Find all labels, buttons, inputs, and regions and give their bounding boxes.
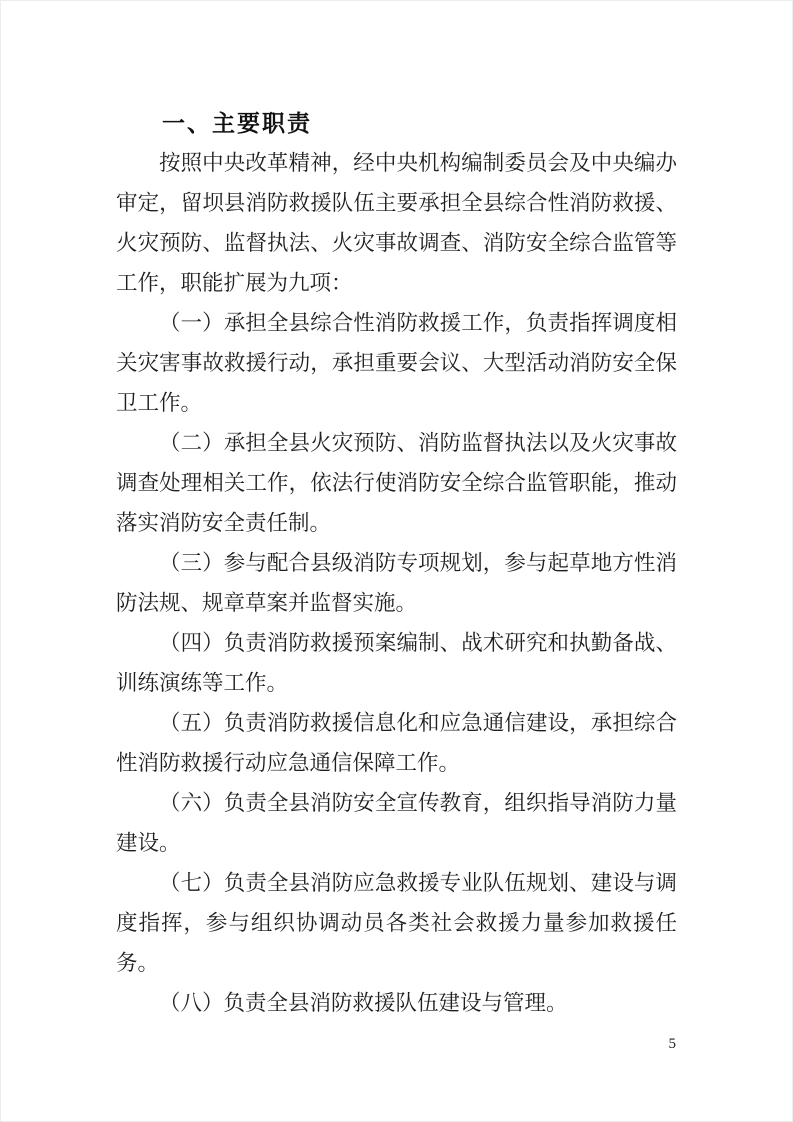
paragraph-item-8: （八）负责全县消防救援队伍建设与管理。 [116,983,677,1023]
page-number: 5 [669,1036,677,1053]
document-page: 一、主要职责 按照中央改革精神，经中央机构编制委员会及中央编办审定，留坝县消防救… [0,0,793,1122]
paragraph-item-1: （一）承担全县综合性消防救援工作，负责指挥调度相关灾害事故救援行动，承担重要会议… [116,303,677,423]
paragraph-item-3: （三）参与配合县级消防专项规划，参与起草地方性消防法规、规章草案并监督实施。 [116,543,677,623]
paragraph-item-4: （四）负责消防救援预案编制、战术研究和执勤备战、训练演练等工作。 [116,623,677,703]
paragraph-item-7: （七）负责全县消防应急救援专业队伍规划、建设与调度指挥，参与组织协调动员各类社会… [116,863,677,983]
document-body: 一、主要职责 按照中央改革精神，经中央机构编制委员会及中央编办审定，留坝县消防救… [116,103,677,1023]
section-heading: 一、主要职责 [116,103,677,143]
paragraph-item-5: （五）负责消防救援信息化和应急通信建设，承担综合性消防救援行动应急通信保障工作。 [116,703,677,783]
paragraph-item-2: （二）承担全县火灾预防、消防监督执法以及火灾事故调查处理相关工作，依法行使消防安… [116,423,677,543]
paragraph-item-6: （六）负责全县消防安全宣传教育，组织指导消防力量建设。 [116,783,677,863]
paragraph-intro: 按照中央改革精神，经中央机构编制委员会及中央编办审定，留坝县消防救援队伍主要承担… [116,143,677,303]
